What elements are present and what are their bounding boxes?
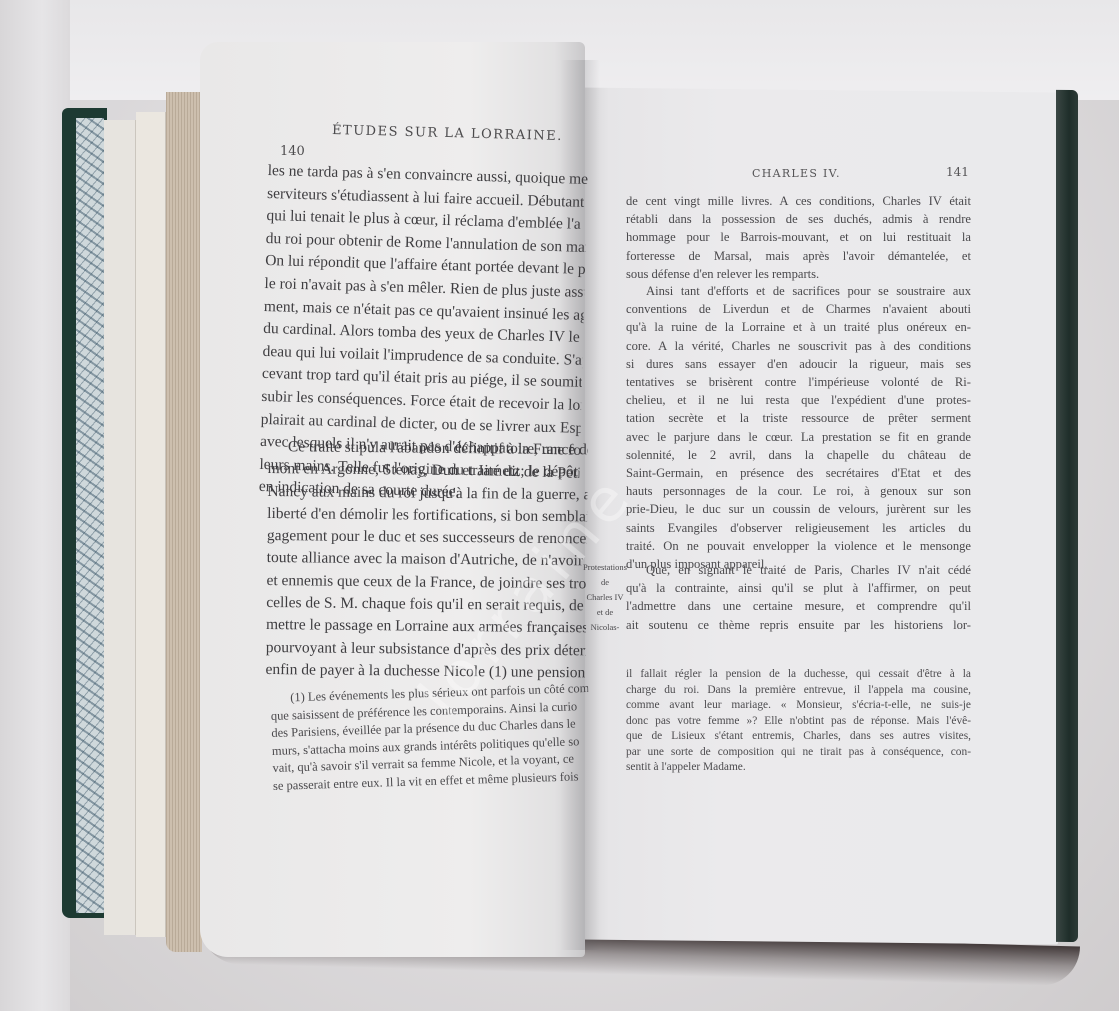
text-line: et ennemis que ceux de la France, de joi… bbox=[266, 570, 586, 596]
text-line: Que, en signant le traité de Paris, Char… bbox=[626, 561, 971, 579]
text-line: de cent vingt mille livres. A ces condit… bbox=[626, 192, 971, 210]
left-footnote: (1) Les événements les plus sérieux ont … bbox=[270, 680, 591, 795]
running-head-right: CHARLES IV. bbox=[752, 167, 841, 180]
background-cloth-fold bbox=[0, 0, 70, 1011]
footnote-line: donc pas votre femme »? Elle n'obtint pa… bbox=[626, 714, 971, 730]
footnote-line: comme avant leur mariage. « Monsieur, s'… bbox=[626, 698, 971, 714]
text-line: liberté d'en démolir les fortifications,… bbox=[267, 503, 587, 529]
right-paragraph-2: Ainsi tant d'efforts et de sacrifices po… bbox=[626, 282, 971, 573]
margin-note-line: et de bbox=[580, 605, 630, 620]
footnote-line: que de Lisieux s'étant entremis, Charles… bbox=[626, 729, 971, 745]
page-block-edge bbox=[166, 92, 202, 952]
text-line: si dures sans essayer d'en adoucir la ri… bbox=[626, 355, 971, 373]
right-paragraph-1: de cent vingt mille livres. A ces condit… bbox=[626, 192, 971, 283]
text-line: solennité, le 2 avril, dans la chapelle … bbox=[626, 446, 971, 464]
text-line: hommage pour le Barrois-mouvant, et on l… bbox=[626, 228, 971, 246]
text-line: chelieu, et il ne lui resta que l'expédi… bbox=[626, 391, 971, 409]
text-line: tentatives se brisèrent contre l'impérie… bbox=[626, 373, 971, 391]
text-line: Ce traité stipula l'abandon définitif à … bbox=[268, 436, 588, 462]
left-paragraph-2: Ce traité stipula l'abandon définitif à … bbox=[265, 436, 588, 685]
footnote-line: il fallait régler la pension de la duche… bbox=[626, 667, 971, 683]
text-line: toute alliance avec la maison d'Autriche… bbox=[267, 547, 587, 573]
text-line: Nancy aux mains du roi jusqu'à la fin de… bbox=[267, 481, 587, 507]
page-number-right: 141 bbox=[946, 165, 969, 179]
footnote-line: sentit à l'appeler Madame. bbox=[626, 760, 971, 776]
margin-note: Protestations de Charles IV et de Nicola… bbox=[580, 560, 630, 635]
right-footnote: il fallait régler la pension de la duche… bbox=[626, 667, 971, 776]
text-line: pourvoyant à leur subsistance d'après de… bbox=[266, 637, 586, 663]
text-line: rétabli dans la possession de ses duchés… bbox=[626, 210, 971, 228]
text-line: tation secrète et la triste ressource de… bbox=[626, 409, 971, 427]
text-line: avec le parjure dans le cœur. La prestat… bbox=[626, 428, 971, 446]
margin-note-line: Protestations bbox=[580, 560, 630, 575]
text-line: qu'à la ruine de la Lorraine et à un tra… bbox=[626, 318, 971, 336]
marbled-endpaper bbox=[76, 118, 104, 913]
text-line: Ainsi tant d'efforts et de sacrifices po… bbox=[626, 282, 971, 300]
footnote-line: par une sorte de composition qui ne tira… bbox=[626, 745, 971, 761]
page-number-left: 140 bbox=[280, 144, 305, 159]
text-line: hauts personnages de la cour. Le roi, à … bbox=[626, 482, 971, 500]
text-line: forteresse de Marsal, mais après l'avoir… bbox=[626, 247, 971, 265]
text-line: Saint-Germain, en présence des secrétair… bbox=[626, 464, 971, 482]
text-line: qu'à la contrainte, ainsi qu'il se plut … bbox=[626, 579, 971, 597]
text-line: core. A la vérité, Charles ne souscrivit… bbox=[626, 337, 971, 355]
right-paragraph-3: Que, en signant le traité de Paris, Char… bbox=[626, 561, 971, 634]
text-line: mont en Argonne, Stenay, Dun et Jametz; … bbox=[268, 458, 588, 484]
text-line: celles de S. M. chaque fois qu'il en ser… bbox=[266, 592, 586, 618]
book-cover-right bbox=[1056, 90, 1078, 942]
text-line: gagement pour le duc et ses successeurs … bbox=[267, 525, 587, 551]
endpaper-flyleaf-2 bbox=[136, 112, 166, 937]
text-line: sous défense d'en relever les remparts. bbox=[626, 265, 971, 283]
margin-note-line: Charles IV bbox=[580, 590, 630, 605]
text-line: traité. On ne pouvait envelopper la viol… bbox=[626, 537, 971, 555]
text-line: l'admettre dans une certaine mesure, et … bbox=[626, 597, 971, 615]
text-line: saints Evangiles d'observer religieuseme… bbox=[626, 519, 971, 537]
margin-note-line: de bbox=[580, 575, 630, 590]
text-line: conventions de Liverdun et de Charmes n'… bbox=[626, 300, 971, 318]
footnote-line: charge du roi. Dans la première entrevue… bbox=[626, 683, 971, 699]
text-line: ait soutenu ce thème repris ensuite par … bbox=[626, 616, 971, 634]
margin-note-line: Nicolas- bbox=[580, 620, 630, 635]
endpaper-flyleaf-1 bbox=[104, 120, 136, 935]
text-line: mettre le passage en Lorraine aux armées… bbox=[266, 614, 586, 640]
text-line: prie-Dieu, le duc sur un coussin de velo… bbox=[626, 500, 971, 518]
